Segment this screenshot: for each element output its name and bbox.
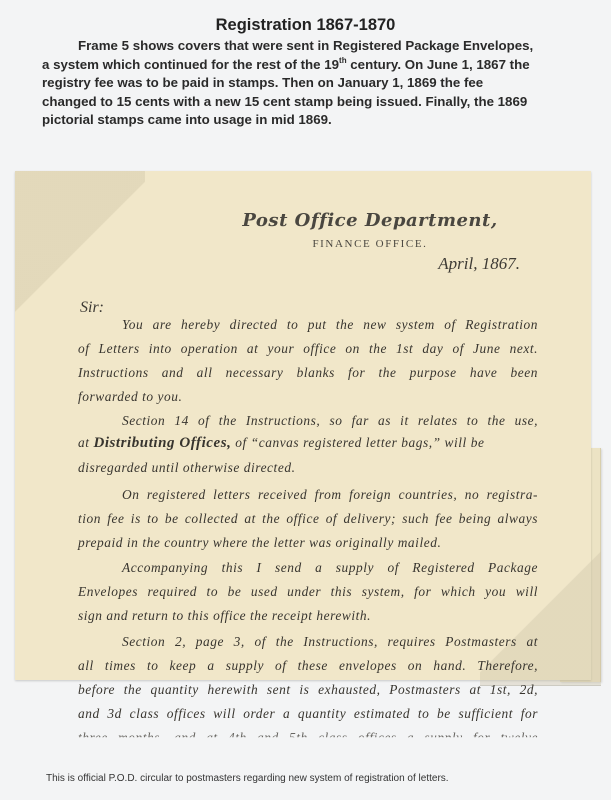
intro-line: Frame 5 shows covers that were sent in R… xyxy=(42,37,582,56)
letter-line: sign and return to this office the recei… xyxy=(78,608,538,624)
letter-text: at xyxy=(78,435,90,450)
letter-line: at Distributing Offices, of “canvas regi… xyxy=(78,435,538,452)
intro-line: a system which continued for the rest of… xyxy=(42,56,582,75)
department-heading: Post Office Department, xyxy=(240,210,500,231)
letter-line-cut-off: three months, and at 4th and 5th class o… xyxy=(78,730,538,746)
letter-line: prepaid in the country where the letter … xyxy=(78,535,538,551)
letter-line: Instructions and all necessary blanks fo… xyxy=(78,365,538,381)
intro-line: changed to 15 cents with a new 15 cent s… xyxy=(42,93,582,112)
letter-line: and 3d class offices will order a quanti… xyxy=(78,706,538,722)
letter-line: Envelopes required to be used under this… xyxy=(78,584,538,600)
letter-line: Section 2, page 3, of the Instructions, … xyxy=(122,634,538,650)
letter-line: disregarded until otherwise directed. xyxy=(78,460,538,476)
letter-line: forwarded to you. xyxy=(78,389,538,405)
letter-line: On registered letters received from fore… xyxy=(122,487,538,503)
letter-line: all times to keep a supply of these enve… xyxy=(78,658,538,674)
intro-line: registry fee was to be paid in stamps. T… xyxy=(42,74,582,93)
office-subheading: FINANCE OFFICE. xyxy=(240,238,500,250)
letter-line: Section 14 of the Instructions, so far a… xyxy=(122,413,538,429)
letter-line: of Letters into operation at your office… xyxy=(78,341,538,357)
letter-line: tion fee is to be collected at the offic… xyxy=(78,511,538,527)
intro-paragraph: Frame 5 shows covers that were sent in R… xyxy=(42,37,582,130)
emphasis-distributing-offices: Distributing Offices, xyxy=(93,435,231,451)
intro-line: pictorial stamps came into usage in mid … xyxy=(42,111,582,130)
ordinal-suffix: th xyxy=(339,56,347,65)
letter-line: before the quantity herewith sent is exh… xyxy=(78,682,538,698)
letter-line: Accompanying this I send a supply of Reg… xyxy=(122,560,538,576)
intro-text: a system which continued for the rest of… xyxy=(42,57,339,72)
letter-text: of “canvas registered letter bags,” will… xyxy=(235,435,484,450)
exhibit-caption: This is official P.O.D. circular to post… xyxy=(46,773,449,784)
intro-text: century. On June 1, 1867 the xyxy=(347,57,530,72)
salutation: Sir: xyxy=(80,299,104,317)
page-title: Registration 1867-1870 xyxy=(0,16,611,35)
letter-line: You are hereby directed to put the new s… xyxy=(122,317,538,333)
letter-date: April, 1867. xyxy=(410,254,520,274)
